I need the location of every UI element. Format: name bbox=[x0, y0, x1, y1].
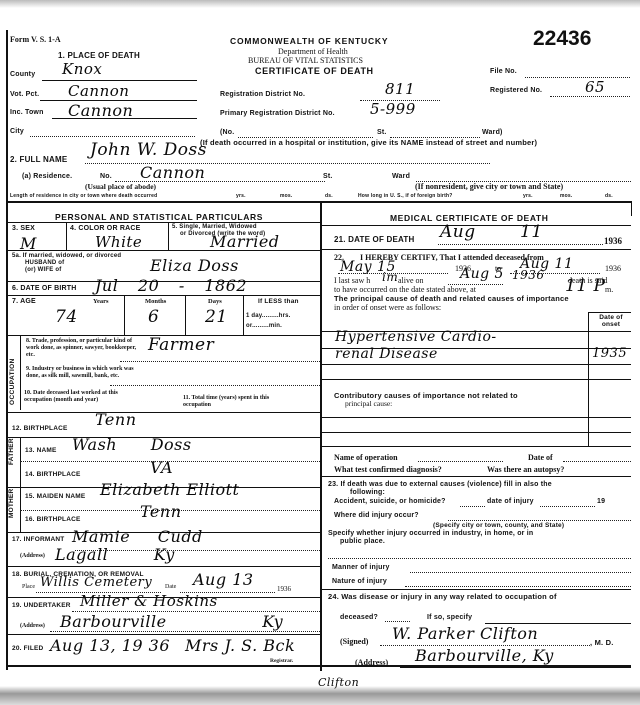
father-birthplace-value: VA bbox=[150, 458, 173, 477]
informant-address-value: Lagall Ky bbox=[55, 545, 175, 564]
primary-district-label: Primary Registration District No. bbox=[220, 110, 335, 117]
burial-place-value: Willis Cemetery bbox=[40, 575, 152, 590]
cause-rule-3 bbox=[320, 364, 631, 365]
informant-label: 17. INFORMANT bbox=[12, 536, 64, 543]
vot-pct-value: Cannon bbox=[68, 82, 129, 100]
nature-injury-label: Nature of injury bbox=[332, 578, 387, 585]
place-of-death-heading: 1. PLACE OF DEATH bbox=[58, 51, 140, 60]
burial-year-value: 1936 bbox=[277, 585, 291, 593]
spouse-value: Eliza Doss bbox=[150, 256, 239, 275]
age-years-label: Years bbox=[93, 298, 109, 305]
informant-value: Mamie Cudd bbox=[72, 527, 203, 546]
physician-signature: W. Parker Clifton bbox=[392, 624, 538, 643]
where-injury-underline bbox=[448, 520, 631, 521]
registered-no-value: 65 bbox=[585, 78, 605, 96]
usual-place-note: (Usual place of abode) bbox=[85, 182, 156, 191]
date-of-death-year: 1936 bbox=[604, 236, 622, 246]
injury-nineteen: 19 bbox=[597, 498, 605, 505]
industry-label: 9. Industry or business in which work wa… bbox=[26, 366, 146, 380]
father-birthplace-label: 14. BIRTHPLACE bbox=[25, 471, 81, 478]
full-name-value: John W. Doss bbox=[90, 140, 207, 160]
mother-birthplace-value: Tenn bbox=[140, 502, 182, 521]
marital-label-1: 5. Single, Married, Widowed bbox=[172, 224, 257, 230]
spouse-label-1: 5a. If married, widowed, or divorced bbox=[12, 253, 121, 259]
last-saw-label: I last saw h bbox=[334, 276, 370, 285]
informant-address-label: (Address) bbox=[20, 553, 45, 559]
if-so-specify-label: If so, specify bbox=[427, 614, 472, 621]
row-rule-5 bbox=[6, 250, 320, 251]
contributory-label-2: principal cause: bbox=[345, 399, 392, 408]
scan-shadow-top bbox=[0, 0, 640, 8]
table-right-border bbox=[631, 201, 632, 216]
certificate-title: CERTIFICATE OF DEATH bbox=[255, 66, 374, 76]
burial-date-label: Date bbox=[165, 584, 176, 590]
physician-address-label: (Address) bbox=[355, 658, 388, 667]
last-saw-date: Aug 5 bbox=[460, 266, 504, 282]
vot-pct-label: Vot. Pct. bbox=[10, 91, 39, 98]
row-rule-occupation bbox=[6, 412, 320, 413]
us-yrs: yrs. bbox=[523, 193, 533, 199]
occupation-related-label-1: 24. Was disease or injury in any way rel… bbox=[328, 592, 557, 601]
inc-town-value: Cannon bbox=[68, 101, 133, 120]
city-underline bbox=[30, 136, 195, 137]
date-of-death-label: 21. DATE OF DEATH bbox=[334, 235, 414, 244]
physician-address-value: Barbourville, Ky bbox=[415, 646, 554, 665]
form-left-border bbox=[6, 30, 8, 670]
residence-no-label: No. bbox=[100, 173, 112, 180]
row-rule-22 bbox=[320, 476, 631, 477]
column-divider bbox=[320, 201, 322, 671]
test-diagnosis-label: What test confirmed diagnosis? bbox=[334, 465, 442, 474]
residence-value: Cannon bbox=[140, 163, 205, 182]
operation-date-underline bbox=[563, 461, 631, 462]
accident-underline bbox=[460, 506, 485, 507]
operation-label: Name of operation bbox=[334, 453, 398, 462]
manner-injury-underline bbox=[410, 572, 631, 573]
age-label: 7. AGE bbox=[12, 298, 36, 305]
father-side-divider bbox=[20, 437, 21, 487]
last-worked-label: 10. Date deceased last worked at this oc… bbox=[24, 390, 139, 404]
time-of-death: 11 P bbox=[565, 276, 605, 296]
cause-line-2: renal Disease bbox=[335, 346, 438, 362]
trade-underline bbox=[120, 361, 320, 362]
age-months-value: 6 bbox=[148, 307, 159, 327]
onset-column-divider-2 bbox=[588, 409, 589, 446]
bureau-heading: BUREAU OF VITAL STATISTICS bbox=[248, 56, 363, 65]
us-residence-label: How long in U. S., if of foreign birth? bbox=[358, 193, 452, 199]
length-mos: mos. bbox=[280, 193, 292, 199]
attended-to-year: 1936 bbox=[605, 264, 621, 273]
operation-date-label: Date of bbox=[528, 453, 553, 462]
undertaker-address-underline bbox=[50, 631, 320, 632]
length-yrs: yrs. bbox=[236, 193, 246, 199]
age-less-label: If LESS than bbox=[258, 298, 299, 305]
date-of-death-day: 11 bbox=[520, 222, 543, 242]
date-of-injury-underline bbox=[540, 506, 595, 507]
cause-rule-5 bbox=[320, 417, 631, 418]
spouse-label-3: (or) WIFE of bbox=[25, 267, 61, 273]
city-ward-label: Ward) bbox=[482, 129, 503, 136]
length-ds: ds. bbox=[325, 193, 333, 199]
row-rule-23 bbox=[320, 589, 631, 590]
trade-label: 8. Trade, profession, or particular kind… bbox=[26, 338, 146, 359]
undertaker-address-value: Barbourville Ky bbox=[60, 612, 283, 631]
occupation-related-underline bbox=[385, 621, 410, 622]
occupation-side-divider bbox=[20, 335, 21, 410]
personal-section-title: PERSONAL AND STATISTICAL PARTICULARS bbox=[55, 212, 263, 222]
nonresident-note: (If nonresident, give city or town and S… bbox=[415, 182, 563, 191]
us-ds: ds. bbox=[605, 193, 613, 199]
occurred-line: to have occurred on the date stated abov… bbox=[334, 285, 476, 294]
department-heading: Department of Health bbox=[278, 47, 348, 56]
burial-date-value: Aug 13 bbox=[193, 570, 254, 589]
principal-cause-label-1: The principal cause of death and related… bbox=[334, 294, 569, 303]
alive-on-label: alive on bbox=[398, 276, 424, 285]
dob-label: 6. DATE OF BIRTH bbox=[12, 285, 77, 292]
sex-label: 3. SEX bbox=[12, 225, 35, 232]
spouse-label-2: HUSBAND of bbox=[25, 260, 64, 266]
trade-value: Farmer bbox=[148, 335, 214, 355]
father-name-value: Wash Doss bbox=[72, 435, 192, 454]
accident-label: Accident, suicide, or homicide? bbox=[334, 498, 446, 505]
last-saw-year: 1936 bbox=[512, 268, 545, 282]
specify-whether-label-1: Specify whether injury occurred in indus… bbox=[328, 530, 533, 537]
form-number: Form V. S. 1-A bbox=[10, 35, 61, 44]
onset-value: 1935 bbox=[592, 346, 627, 361]
full-name-label: 2. FULL NAME bbox=[10, 155, 67, 164]
father-side-label: FATHER bbox=[8, 438, 15, 465]
length-residence-label: Length of residence in city or town wher… bbox=[10, 193, 157, 199]
principal-cause-label-2: in order of onset were as follows: bbox=[334, 303, 441, 312]
registered-no-label: Registered No. bbox=[490, 87, 542, 94]
specify-whether-label-2: public place. bbox=[340, 538, 385, 545]
physician-address-underline bbox=[400, 667, 631, 668]
residence-label: (a) Residence. bbox=[22, 173, 72, 180]
time-m-label: m. bbox=[605, 285, 613, 294]
certificate-number: 22436 bbox=[533, 27, 591, 51]
hospital-note: (If death occurred in a hospital or inst… bbox=[200, 138, 537, 147]
city-st-label: St. bbox=[377, 129, 387, 136]
occupation-related-label-2: deceased? bbox=[340, 614, 378, 621]
birthplace-label: 12. BIRTHPLACE bbox=[12, 425, 68, 432]
specify-city-note: (Specify city or town, county, and State… bbox=[433, 522, 564, 529]
age-days-value: 21 bbox=[205, 307, 228, 327]
onset-column-divider bbox=[588, 312, 589, 409]
filed-value: Aug 13, 19 36 bbox=[50, 636, 170, 655]
row-rule-19 bbox=[6, 634, 320, 635]
registration-district-value: 811 bbox=[385, 80, 415, 98]
industry-underline bbox=[110, 385, 320, 386]
cause-line-1: Hypertensive Cardio- bbox=[335, 329, 497, 345]
age-cell-divider-3 bbox=[243, 295, 244, 335]
undertaker-label: 19. UNDERTAKER bbox=[12, 602, 71, 609]
operation-underline bbox=[418, 461, 503, 462]
date-of-death-month: Aug bbox=[440, 222, 476, 242]
specify-whether-underline bbox=[328, 558, 631, 559]
total-time-label: 11. Total time (years) spent in this occ… bbox=[183, 395, 273, 409]
primary-district-value: 5-999 bbox=[370, 100, 416, 118]
occupation-side-label: OCCUPATION bbox=[9, 358, 16, 405]
nature-injury-underline bbox=[405, 586, 631, 587]
sex-cell-divider bbox=[66, 222, 67, 250]
date-of-injury-label: date of injury bbox=[487, 498, 534, 505]
cause-rule-6 bbox=[320, 432, 631, 433]
md-label: , M. D. bbox=[590, 638, 613, 647]
mother-birthplace-label: 16. BIRTHPLACE bbox=[25, 516, 81, 523]
table-top-border bbox=[6, 201, 631, 203]
manner-injury-label: Manner of injury bbox=[332, 564, 390, 571]
burial-place-label: Place bbox=[22, 584, 35, 590]
mother-side-label: MOTHER bbox=[8, 489, 15, 518]
age-day-hrs: 1 day.........hrs. bbox=[246, 313, 291, 319]
file-no-label: File No. bbox=[490, 68, 517, 75]
file-no-underline bbox=[525, 77, 630, 78]
city-no-label: (No. bbox=[220, 129, 234, 136]
color-cell-divider bbox=[168, 222, 169, 250]
last-saw-pronoun: im bbox=[382, 270, 398, 284]
row-rule-17 bbox=[6, 566, 320, 567]
age-months-label: Months bbox=[145, 298, 166, 305]
registration-district-label: Registration District No. bbox=[220, 91, 305, 98]
county-value: Knox bbox=[62, 60, 102, 78]
color-value: White bbox=[95, 233, 142, 251]
us-mos: mos. bbox=[560, 193, 572, 199]
age-min: or.........min. bbox=[246, 323, 282, 329]
undertaker-address-label: (Address) bbox=[20, 623, 45, 629]
cause-rule-7 bbox=[320, 446, 631, 447]
inc-town-label: Inc. Town bbox=[10, 109, 44, 116]
registered-no-underline bbox=[550, 96, 630, 97]
marital-value: Married bbox=[210, 232, 280, 251]
signed-label: (Signed) bbox=[340, 637, 368, 646]
age-cell-divider-2 bbox=[185, 295, 186, 335]
cause-rule-4 bbox=[320, 379, 631, 380]
row-rule-21 bbox=[320, 249, 631, 250]
dob-value: Jul 20 - 1862 bbox=[95, 276, 247, 295]
commonwealth-heading: COMMONWEALTH OF KENTUCKY bbox=[230, 36, 388, 46]
date-onset-label: Date of onset bbox=[596, 314, 626, 328]
birthplace-value: Tenn bbox=[95, 410, 137, 429]
father-name-label: 13. NAME bbox=[25, 447, 57, 454]
row-rule-6 bbox=[6, 295, 320, 296]
age-cell-divider-1 bbox=[124, 295, 125, 335]
date-of-death-underline bbox=[438, 244, 603, 245]
onset-box-top bbox=[588, 312, 631, 313]
where-injury-label: Where did injury occur? bbox=[334, 512, 419, 519]
registrar-signature: Mrs J. S. Bck bbox=[185, 636, 295, 655]
personal-title-rule bbox=[6, 222, 320, 223]
mother-name-value: Elizabeth Elliott bbox=[100, 480, 239, 499]
filed-label: 20. FILED bbox=[12, 645, 43, 652]
external-causes-label-2: following: bbox=[350, 489, 385, 496]
age-years-value: 74 bbox=[55, 307, 78, 327]
undertaker-value: Miller & Hoskins bbox=[80, 592, 218, 610]
age-days-label: Days bbox=[208, 298, 222, 305]
county-label: County bbox=[10, 71, 35, 78]
registrar-label: Registrar. bbox=[270, 658, 293, 664]
mother-name-label: 15. MAIDEN NAME bbox=[25, 493, 85, 500]
county-underline bbox=[42, 80, 197, 81]
city-label: City bbox=[10, 128, 24, 135]
external-causes-label-1: 23. If death was due to external causes … bbox=[328, 481, 552, 488]
color-label: 4. COLOR OR RACE bbox=[70, 225, 140, 232]
margin-note: Clifton bbox=[318, 676, 359, 689]
autopsy-label: Was there an autopsy? bbox=[487, 465, 564, 474]
residence-st-label: St. bbox=[323, 173, 333, 180]
residence-ward-label: Ward bbox=[392, 173, 410, 180]
